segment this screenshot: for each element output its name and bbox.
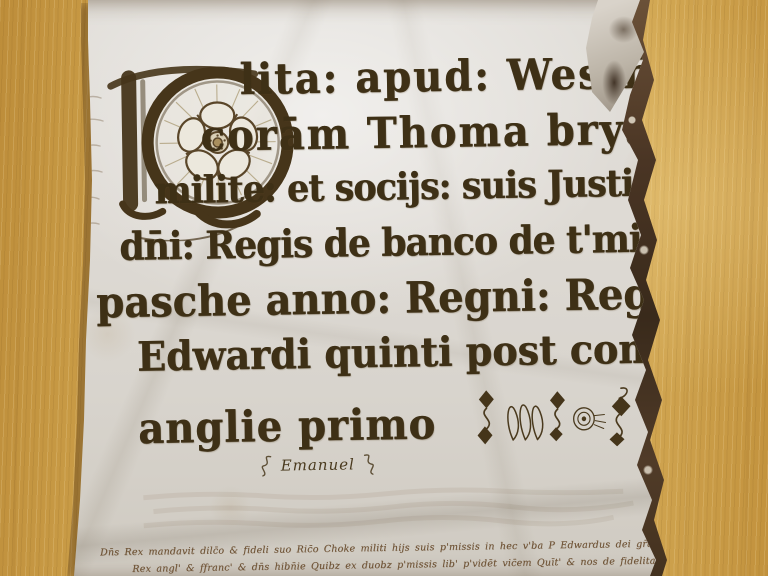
heading-line-4: dn̄i: Regis de banco de t'mino — [119, 219, 690, 266]
clerk-signature: Emanuel — [259, 452, 377, 478]
signature-flourish-right-icon — [361, 452, 377, 476]
heading-line-3: milite: et socijs: suis Justic: — [154, 164, 665, 209]
line-end-ornaments-icon — [466, 384, 642, 449]
heading-line-7: anglie primo — [138, 384, 642, 454]
footer-court-hand-line-1: Dn̄s Rex mandavit dilc̄o & fideli suo Ri… — [100, 539, 653, 559]
heading-line-5: pasche anno: Regni: Regis — [96, 273, 689, 325]
manuscript-photo: lita: apud: Westm̄: corām Thoma bryan: m… — [0, 0, 768, 576]
heading-line-7-text: anglie primo — [138, 399, 437, 454]
heading-line-6: Edwardi quinti post conq̄m — [137, 327, 713, 377]
signature-flourish-left-icon — [259, 454, 275, 478]
show-through-text — [143, 482, 644, 534]
footer-court-hand-line-2: Rex angl' & ffranc' & dn̄s hibn̄ie Quibz… — [132, 555, 679, 575]
clerk-signature-text: Emanuel — [281, 455, 355, 474]
